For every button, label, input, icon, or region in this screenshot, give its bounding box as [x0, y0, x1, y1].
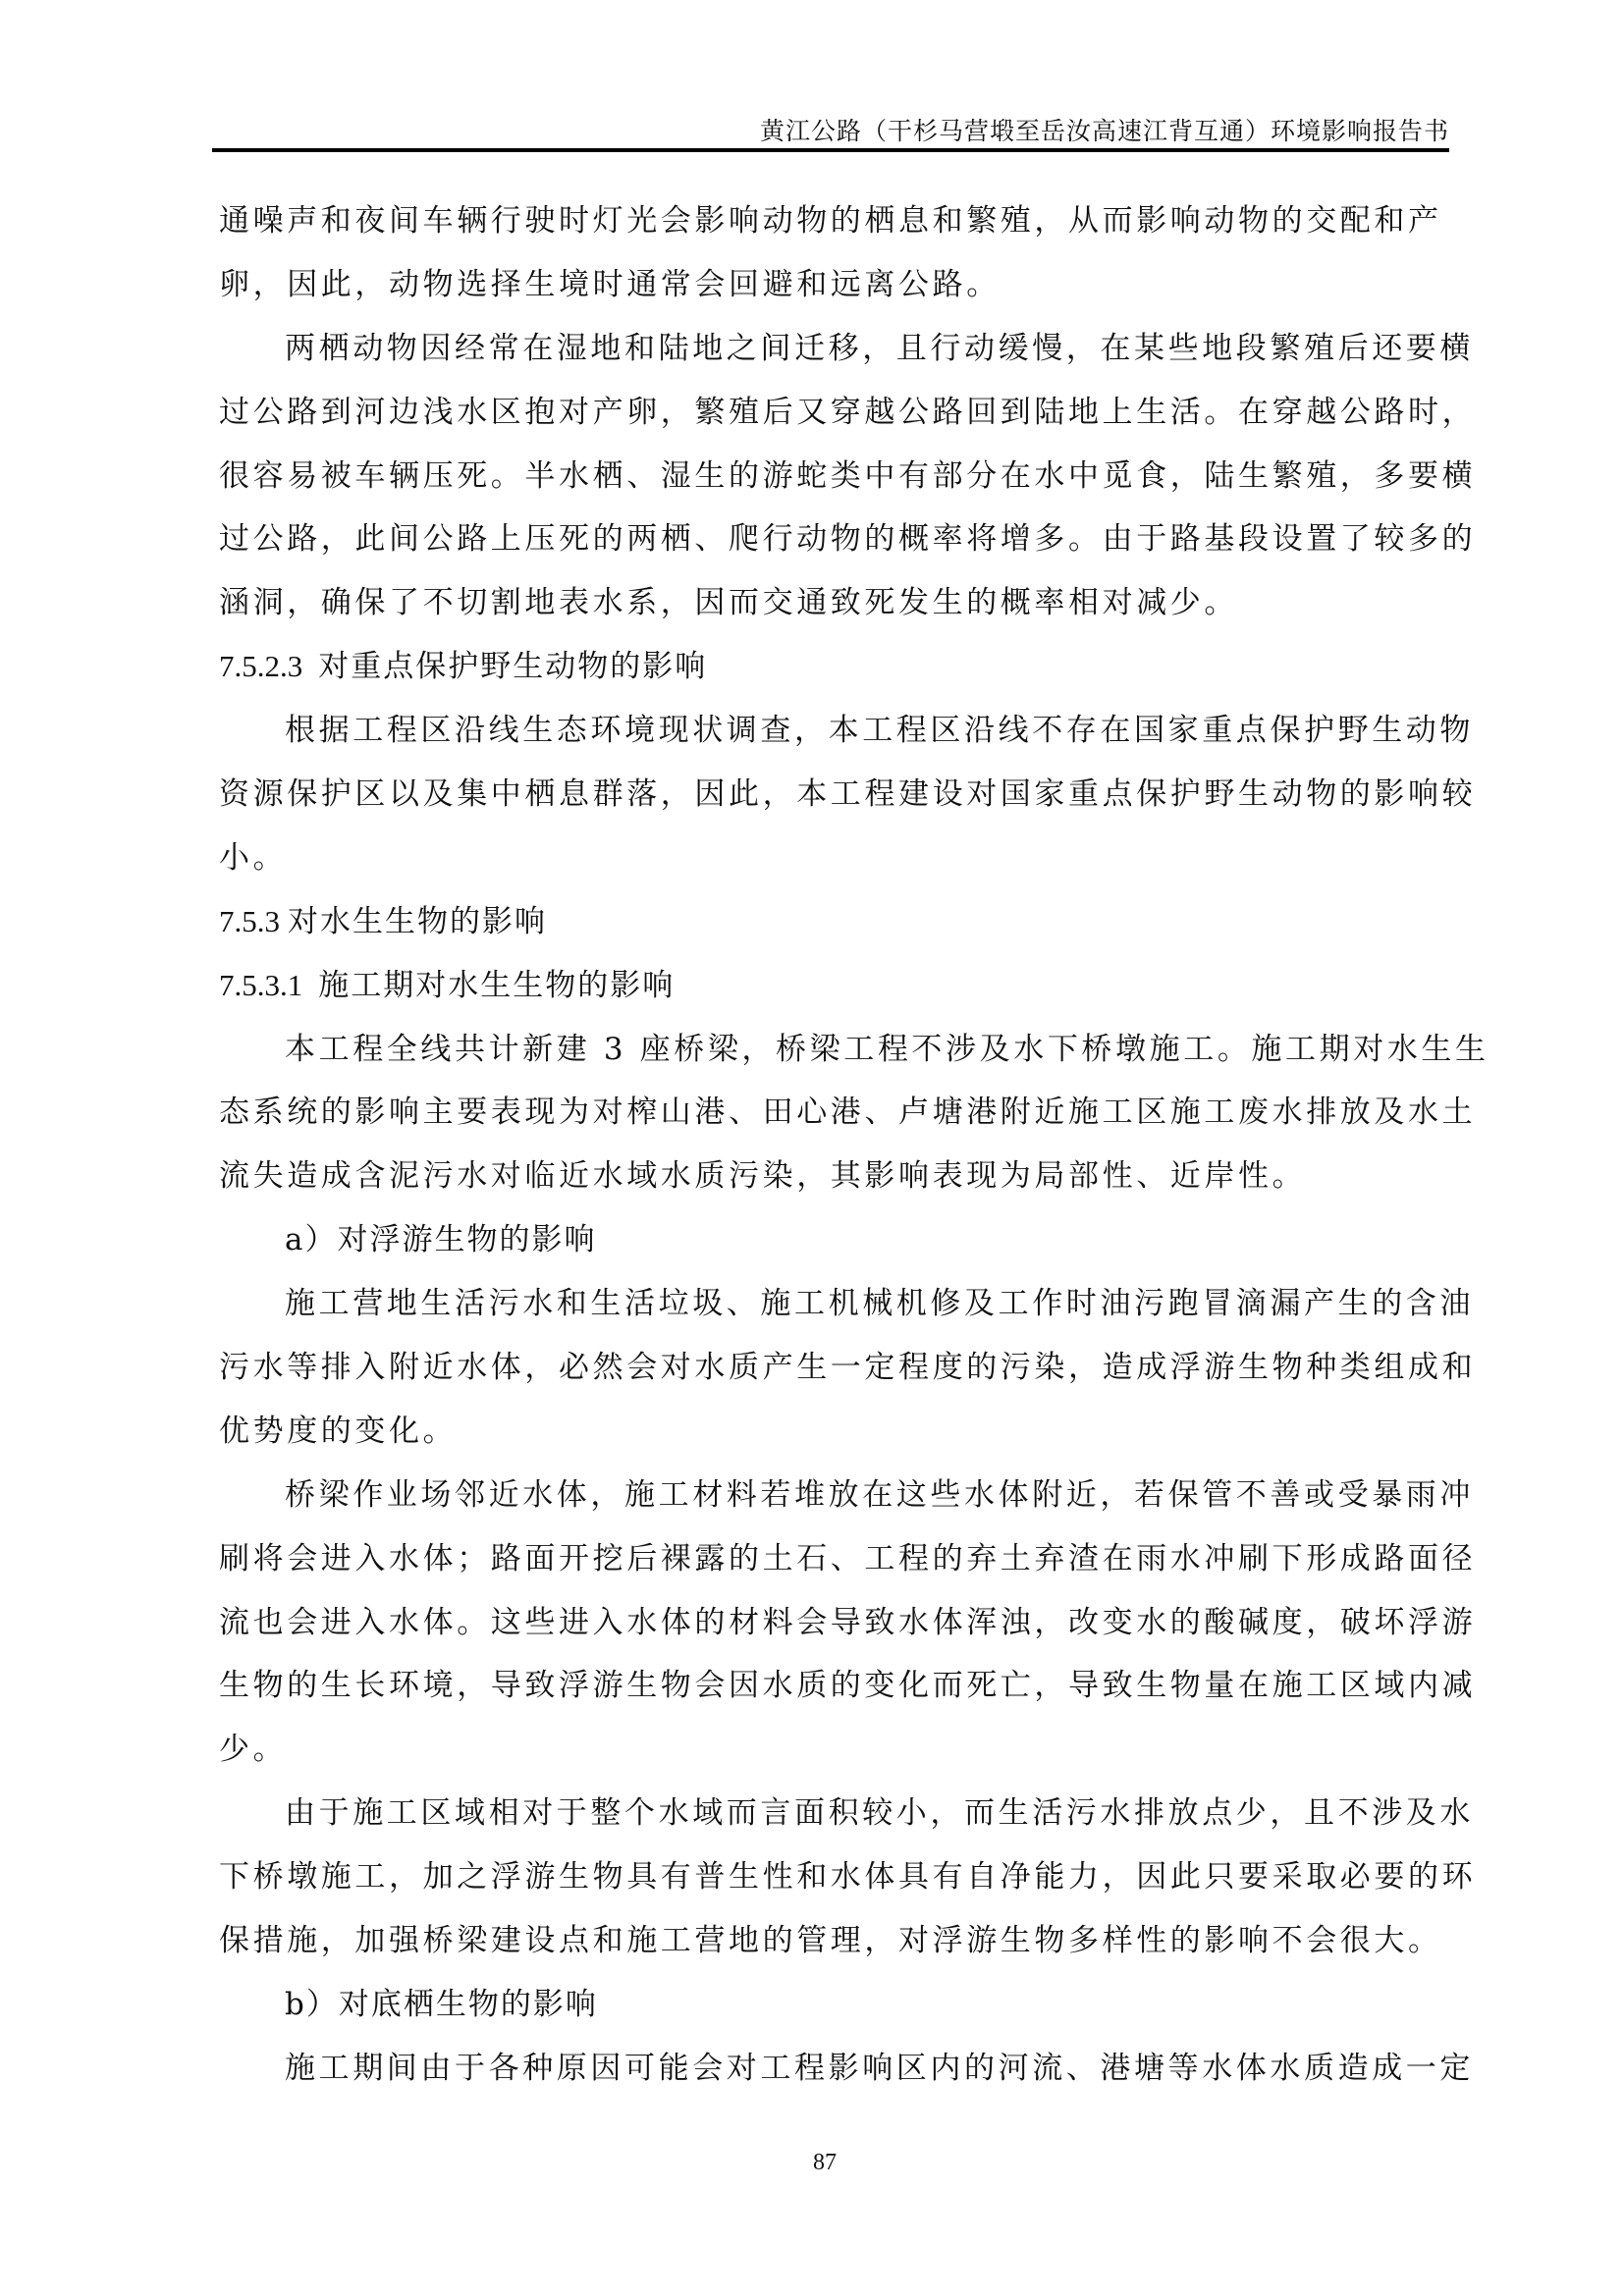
text-line: 污水等排入附近水体，必然会对水质产生一定程度的污染，造成浮游生物种类组成和 — [219, 1336, 1436, 1400]
text-line: 资源保护区以及集中栖息群落，因此，本工程建设对国家重点保护野生动物的影响较 — [219, 763, 1436, 827]
paragraph-start-line: 两栖动物因经常在湿地和陆地之间迁移，且行动缓慢，在某些地段繁殖后还要横 — [219, 317, 1436, 381]
text-line: 刷将会进入水体；路面开挖后裸露的土石、工程的弃土弃渣在雨水冲刷下形成路面径 — [219, 1527, 1436, 1591]
paragraph-start-line: 由于施工区域相对于整个水域而言面积较小，而生活污水排放点少，且不涉及水 — [219, 1782, 1436, 1845]
header-rule — [212, 148, 1449, 152]
document-body: 通噪声和夜间车辆行驶时灯光会影响动物的栖息和繁殖，从而影响动物的交配和产 卵，因… — [219, 189, 1436, 2101]
text-line: 优势度的变化。 — [219, 1400, 1436, 1464]
text-line: 卵，因此，动物选择生境时通常会回避和远离公路。 — [219, 253, 1436, 317]
text-line: 很容易被车辆压死。半水栖、湿生的游蛇类中有部分在水中觅食，陆生繁殖，多要横 — [219, 445, 1436, 508]
subheading-plankton: a）对浮游生物的影响 — [219, 1208, 1436, 1272]
section-number: 7.5.3.1 — [219, 968, 302, 1002]
text-line: 下桥墩施工，加之浮游生物具有普生性和水体具有自净能力，因此只要采取必要的环 — [219, 1845, 1436, 1909]
paragraph-start-line: 施工期间由于各种原因可能会对工程影响区内的河流、港塘等水体水质造成一定 — [219, 2037, 1436, 2101]
text-line: 涵洞，确保了不切割地表水系，因而交通致死发生的概率相对减少。 — [219, 571, 1436, 635]
text-line: 生物的生长环境，导致浮游生物会因水质的变化而死亡，导致生物量在施工区域内减 — [219, 1654, 1436, 1718]
text-line: 过公路到河边浅水区抱对产卵，繁殖后又穿越公路回到陆地上生活。在穿越公路时， — [219, 381, 1436, 445]
subheading-benthos: b）对底栖生物的影响 — [219, 1973, 1436, 2037]
section-number: 7.5.3 — [219, 904, 280, 938]
paragraph-start-line: 根据工程区沿线生态环境现状调查，本工程区沿线不存在国家重点保护野生动物 — [219, 699, 1436, 763]
text-line: 流失造成含泥污水对临近水域水质污染，其影响表现为局部性、近岸性。 — [219, 1145, 1436, 1208]
section-number: 7.5.2.3 — [219, 649, 302, 683]
text-line: 少。 — [219, 1718, 1436, 1782]
text-line: 过公路，此间公路上压死的两栖、爬行动物的概率将增多。由于路基段设置了较多的 — [219, 507, 1436, 571]
paragraph-start-line: 桥梁作业场邻近水体，施工材料若堆放在这些水体附近，若保管不善或受暴雨冲 — [219, 1464, 1436, 1527]
section-heading-7-5-3-1: 7.5.3.1施工期对水生生物的影响 — [219, 954, 1436, 1018]
section-heading-7-5-3: 7.5.3对水生生物的影响 — [219, 890, 1436, 954]
paragraph-start-line: 本工程全线共计新建 3 座桥梁，桥梁工程不涉及水下桥墩施工。施工期对水生生 — [219, 1018, 1436, 1082]
text-line: 保措施，加强桥梁建设点和施工营地的管理，对浮游生物多样性的影响不会很大。 — [219, 1909, 1436, 1973]
page-number: 87 — [0, 2150, 1624, 2176]
section-title: 施工期对水生生物的影响 — [318, 968, 675, 1003]
document-header-title: 黄江公路（干杉马营塅至岳汝高速江背互通）环境影响报告书 — [760, 116, 1449, 147]
section-heading-7-5-2-3: 7.5.2.3对重点保护野生动物的影响 — [219, 635, 1436, 699]
text-line: 小。 — [219, 827, 1436, 890]
text-line: 通噪声和夜间车辆行驶时灯光会影响动物的栖息和繁殖，从而影响动物的交配和产 — [219, 189, 1436, 253]
section-title: 对水生生物的影响 — [288, 904, 547, 939]
section-title: 对重点保护野生动物的影响 — [318, 649, 707, 684]
text-line: 流也会进入水体。这些进入水体的材料会导致水体浑浊，改变水的酸碱度，破坏浮游 — [219, 1591, 1436, 1655]
paragraph-start-line: 施工营地生活污水和生活垃圾、施工机械机修及工作时油污跑冒滴漏产生的含油 — [219, 1272, 1436, 1336]
text-line: 态系统的影响主要表现为对榨山港、田心港、卢塘港附近施工区施工废水排放及水土 — [219, 1081, 1436, 1145]
